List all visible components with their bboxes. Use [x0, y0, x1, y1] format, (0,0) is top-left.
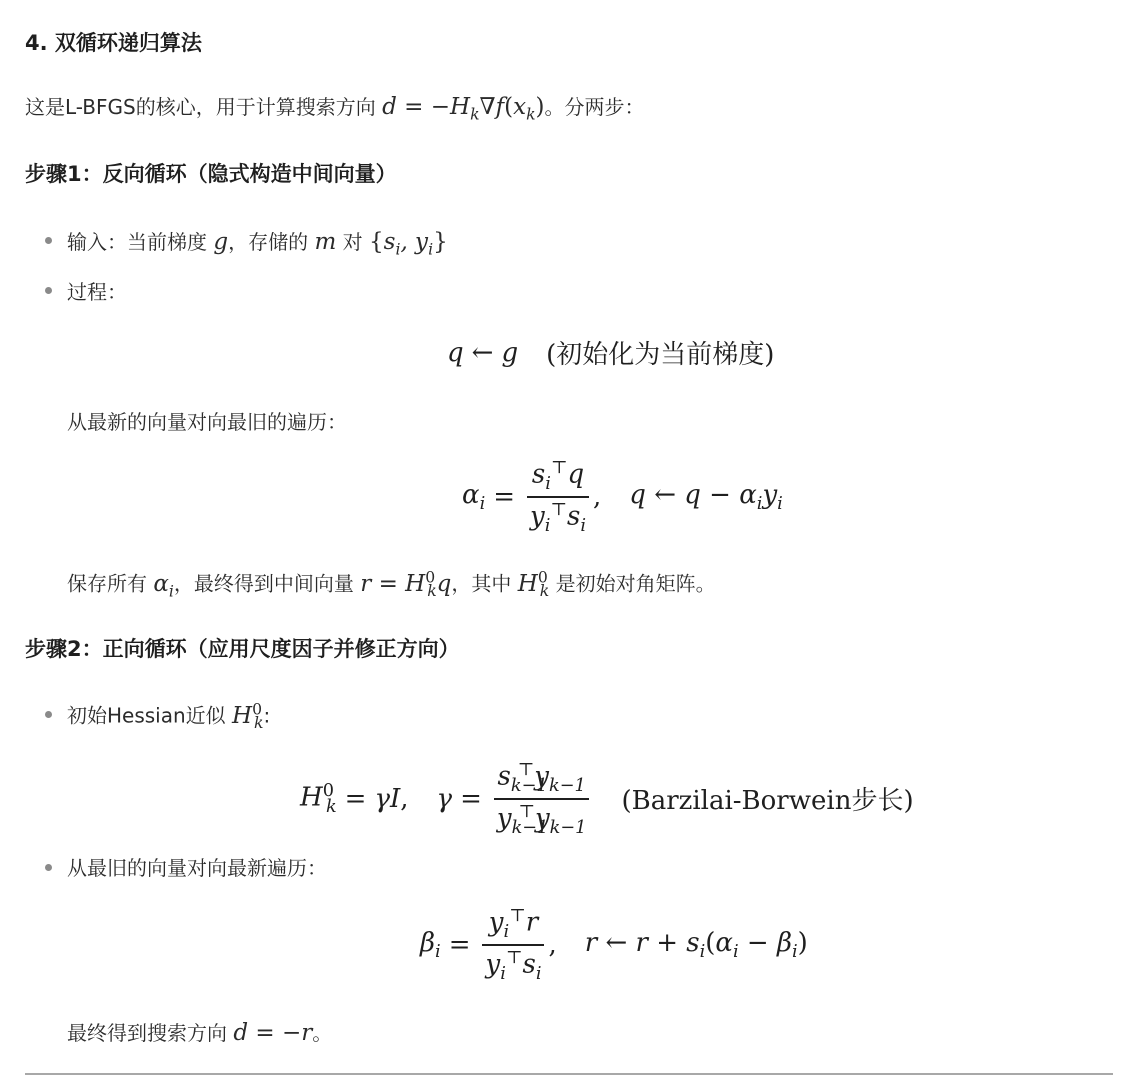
beta-formula: βi = yi⊤r yi⊤si , r ← r + si(αi − βi): [420, 906, 808, 984]
arrow-icon: ←: [472, 338, 494, 368]
intro-math: d = −Hk∇f(xk): [382, 94, 544, 120]
alpha-fraction: si⊤q yi⊤si: [527, 458, 589, 536]
bullet-mid2: 对: [343, 230, 363, 254]
math-hk0: H0k: [518, 571, 549, 597]
bullet-dot: [45, 864, 52, 871]
bullet-dot: [45, 237, 52, 244]
alpha-update: q ← q − αiyi: [629, 480, 783, 514]
save-paragraph: 保存所有 αi，最终得到中间向量 r = H0kq，其中 H0k 是初始对角矩阵…: [67, 567, 716, 600]
final-paragraph: 最终得到搜索方向 d = −r。: [67, 1017, 332, 1046]
math-m: m: [314, 229, 336, 255]
save-text-1: 保存所有: [67, 572, 147, 596]
alpha-formula: αi = si⊤q yi⊤si , q ← q − αiyi: [462, 458, 783, 536]
gamma-fraction: sk−1⊤yk−1 yk−1⊤yk−1: [494, 760, 590, 838]
step1-bullet-input: 输入：当前梯度 g，存储的 m 对 {si, yi}: [67, 226, 448, 259]
horizontal-divider: [25, 1073, 1113, 1075]
traverse-text: 从最新的向量对向最旧的遍历：: [67, 406, 347, 435]
final-suffix: 。: [312, 1021, 332, 1045]
bullet-dot: [45, 711, 52, 718]
bullet-text: 初始Hessian近似: [67, 704, 226, 728]
step2-bullet-hessian: 初始Hessian近似 H0k:: [67, 699, 270, 732]
bullet-mid: ，存储的: [228, 230, 308, 254]
step1-heading: 步骤1：反向循环（隐式构造中间向量）: [25, 158, 397, 188]
gamma-note: (Barzilai-Borwein步长): [621, 780, 913, 817]
beta-fraction: yi⊤r yi⊤si: [482, 906, 544, 984]
beta-update: r ← r + si(αi − βi): [585, 928, 808, 962]
init-rhs: g: [501, 338, 518, 368]
intro-suffix: 。分两步：: [545, 95, 645, 119]
gamma-formula: H0k = γI, γ = sk−1⊤yk−1 yk−1⊤yk−1 (Barzi…: [300, 760, 914, 838]
save-text-4: 是初始对角矩阵。: [556, 572, 716, 596]
final-math: d = −r: [233, 1020, 312, 1046]
init-lhs: q: [447, 338, 464, 368]
final-text: 最终得到搜索方向: [67, 1021, 227, 1045]
save-text-3: ，其中: [451, 572, 511, 596]
init-formula: q ← g (初始化为当前梯度): [447, 334, 774, 371]
section-heading: 4. 双循环递归算法: [25, 27, 202, 57]
step1-bullet-process: 过程：: [67, 276, 127, 305]
math-pair-set: {si, yi}: [369, 229, 448, 255]
bullet-suffix: :: [264, 704, 271, 728]
save-text-2: ，最终得到中间向量: [174, 572, 354, 596]
math-g: g: [213, 229, 228, 255]
step2-heading: 步骤2：正向循环（应用尺度因子并修正方向）: [25, 633, 460, 663]
intro-text: 这是L-BFGS的核心，用于计算搜索方向: [25, 95, 376, 119]
math-r-eq: r = H0kq: [360, 571, 451, 597]
bullet-dot: [45, 287, 52, 294]
step2-bullet-traverse: 从最旧的向量对向最新遍历：: [67, 852, 327, 881]
math-alpha: αi: [153, 571, 174, 597]
intro-paragraph: 这是L-BFGS的核心，用于计算搜索方向 d = −Hk∇f(xk)。分两步：: [25, 91, 645, 124]
math-hk0: H0k: [232, 703, 263, 729]
bullet-label: 输入：当前梯度: [67, 230, 207, 254]
init-note: (初始化为当前梯度): [546, 334, 774, 371]
